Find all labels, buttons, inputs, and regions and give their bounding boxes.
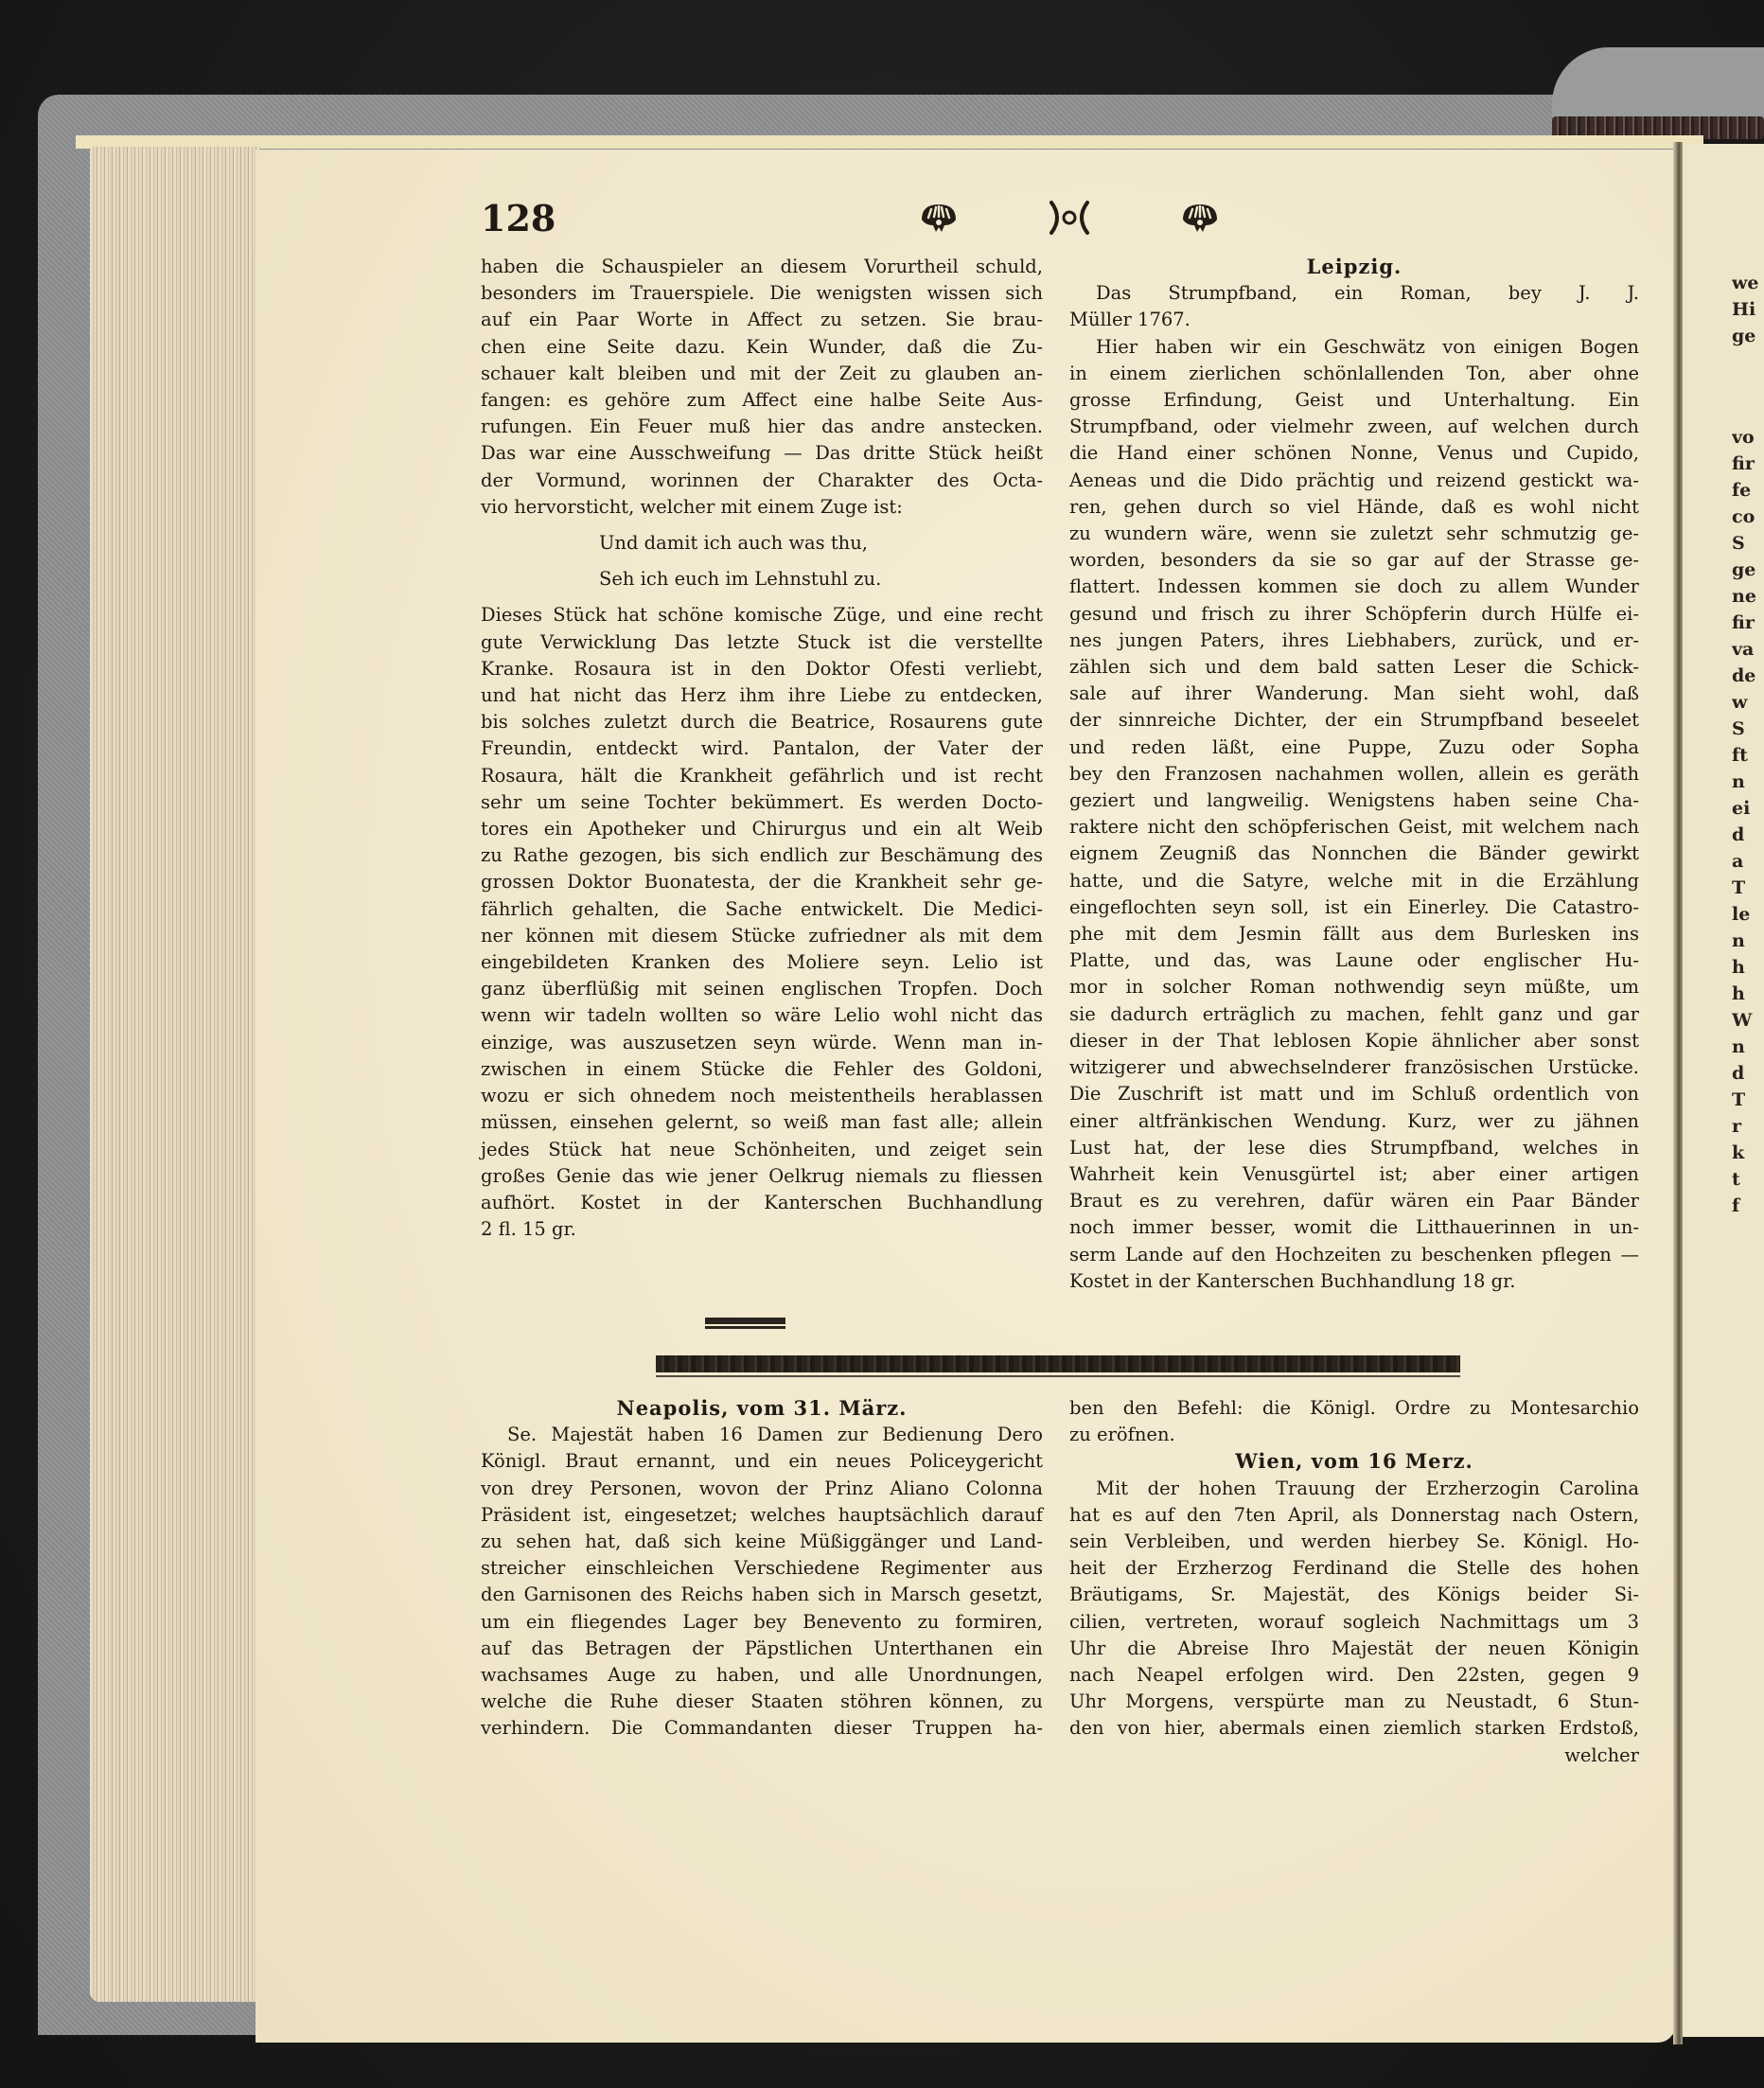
text-line: Strumpfband, oder vielmehr zween, auf we… — [1069, 414, 1639, 440]
endpaper-edge — [76, 135, 1703, 149]
fragment: T — [1732, 875, 1764, 901]
text-line: sehr um seine Tochter bekümmert. Es werd… — [481, 789, 1043, 816]
fragment: r — [1732, 1113, 1764, 1140]
text-line: chen eine Seite dazu. Kein Wunder, daß d… — [481, 334, 1043, 361]
text-line: zwischen in einem Stücke die Fehler des … — [481, 1056, 1043, 1083]
text-line: haben die Schauspieler an diesem Vorurth… — [481, 254, 1043, 280]
text-line: Rosaura, hält die Krankheit gefährlich u… — [481, 763, 1043, 789]
text-line: bey den Franzosen nachahmen wollen, alle… — [1069, 761, 1639, 787]
text-line: tores ein Apotheker und Chirurgus und ei… — [481, 816, 1043, 842]
section-heading-wien: Wien, vom 16 Merz. — [1069, 1448, 1639, 1475]
fragment: we — [1732, 270, 1764, 296]
fragment: d — [1732, 822, 1764, 848]
text-line: aufhört. Kostet in der Kanterschen Buchh… — [481, 1190, 1043, 1216]
review-column-top-right: Leipzig. Das Strumpfband, ein Roman, bey… — [1069, 254, 1639, 1295]
text-line: Mit der hohen Trauung der Erzherzogin Ca… — [1069, 1476, 1639, 1502]
text-line: mor in solcher Roman nothwendig seyn müß… — [1069, 974, 1639, 1000]
text-line: dieser in der That leblosen Kopie ähnlic… — [1069, 1028, 1639, 1054]
text-line: einer altfränkischen Wendung. Kurz, wer … — [1069, 1108, 1639, 1135]
text-line: gute Verwicklung Das letzte Stuck ist di… — [481, 629, 1043, 656]
fragment: ei — [1732, 795, 1764, 822]
text-line: ben den Befehl: die Königl. Ordre zu Mon… — [1069, 1395, 1639, 1422]
review-column-top-left: haben die Schauspieler an diesem Vorurth… — [481, 254, 1043, 1243]
text-line: eignem Zeugniß das Nonnchen die Bänder g… — [1069, 841, 1639, 867]
text-line: flattert. Indessen kommen sie doch zu al… — [1069, 574, 1639, 600]
text-line: Uhr die Abreise Ihro Majestät der neuen … — [1069, 1636, 1639, 1662]
fragment: fir — [1732, 610, 1764, 636]
section-heading-neapolis: Neapolis, vom 31. März. — [481, 1395, 1043, 1422]
text-line: Aeneas und die Dido prächtig und reizend… — [1069, 468, 1639, 494]
text-line: ganz überflüßig mit seinen englischen Tr… — [481, 976, 1043, 1002]
text-line: hatte, und die Satyre, welche mit in die… — [1069, 868, 1639, 894]
fragment: Hi — [1732, 296, 1764, 323]
text-line: auf ein Paar Worte in Affect zu setzen. … — [481, 307, 1043, 333]
text-line: den Garnisonen des Reichs haben sich in … — [481, 1582, 1043, 1608]
text-line: serm Lande auf den Hochzeiten zu beschen… — [1069, 1242, 1639, 1268]
text-line: und reden läßt, eine Puppe, Zuzu oder So… — [1069, 734, 1639, 761]
text-line: zu sehen hat, daß sich keine Müßiggänger… — [481, 1529, 1043, 1555]
text-line: bis solches zuletzt durch die Beatrice, … — [481, 709, 1043, 735]
text-line: streicher einschleichen Verschiedene Reg… — [481, 1555, 1043, 1582]
text-line: geziert und langweilig. Wenigstens haben… — [1069, 787, 1639, 814]
text-line: Lust hat, der lese dies Strumpfband, wel… — [1069, 1135, 1639, 1161]
text-line: hat es auf den 7ten April, als Donnersta… — [1069, 1502, 1639, 1529]
text-line: phe mit dem Jesmin fällt aus dem Burlesk… — [1069, 921, 1639, 947]
verse-line: Und damit ich auch was thu, — [481, 530, 1043, 557]
fragment: n — [1732, 1034, 1764, 1060]
price-line: Kostet in der Kanterschen Buchhandlung 1… — [1069, 1268, 1639, 1295]
text-line: Hier haben wir ein Geschwätz von einigen… — [1069, 334, 1639, 361]
fragment: n — [1732, 769, 1764, 795]
text-line: Königl. Braut ernannt, und ein neues Pol… — [481, 1448, 1043, 1475]
text-line: Dieses Stück hat schöne komische Züge, u… — [481, 602, 1043, 628]
fragment: fir — [1732, 451, 1764, 477]
text-line: Uhr Morgens, verspürte man zu Neustadt, … — [1069, 1689, 1639, 1715]
fragment: co — [1732, 504, 1764, 530]
text-line: welche die Ruhe dieser Staaten stöhren k… — [481, 1689, 1043, 1715]
fragment: ge — [1732, 323, 1764, 349]
text-line: der sinnreiche Dichter, der ein Strumpfb… — [1069, 707, 1639, 734]
text-line: gesund und frisch zu ihrer Schöpferin du… — [1069, 601, 1639, 628]
text-line: vio hervorsticht, welcher mit einem Zuge… — [481, 494, 1043, 521]
fragment: de — [1732, 663, 1764, 689]
fragment: vo — [1732, 424, 1764, 451]
shell-ornament-icon — [1179, 201, 1221, 235]
book-title-line: Das Strumpfband, ein Roman, bey J. J. — [1069, 280, 1639, 307]
text-line: den von hier, abermals einen ziemlich st… — [1069, 1715, 1639, 1742]
text-line: grosse Erfindung, Geist und Unterhaltung… — [1069, 387, 1639, 414]
fragment: a — [1732, 848, 1764, 875]
text-line: der Vormund, worinnen der Charakter des … — [481, 468, 1043, 494]
text-line: in einem zierlichen schönlallenden Ton, … — [1069, 361, 1639, 387]
text-line: von drey Personen, wovon der Prinz Alian… — [481, 1476, 1043, 1502]
fragment: f — [1732, 1193, 1764, 1219]
text-line: Die Zuschrift ist matt und im Schluß ord… — [1069, 1081, 1639, 1107]
text-line: jedes Stück hat neue Schönheiten, und ze… — [481, 1137, 1043, 1163]
text-line: worden, besonders da sie so gar auf der … — [1069, 547, 1639, 574]
text-line: eingebildeten Kranken des Moliere seyn. … — [481, 949, 1043, 976]
text-line: ren, gehen durch so viel Hände, daß es w… — [1069, 494, 1639, 521]
text-line: wozu er sich ohnedem noch meistentheils … — [481, 1083, 1043, 1109]
text-line: schauer kalt bleiben und mit der Zeit zu… — [481, 361, 1043, 387]
fragment: n — [1732, 928, 1764, 954]
text-line: besonders im Trauerspiele. Die wenigsten… — [481, 280, 1043, 307]
news-column-bottom-left: Neapolis, vom 31. März. Se. Majestät hab… — [481, 1395, 1043, 1743]
news-column-bottom-right: ben den Befehl: die Königl. Ordre zu Mon… — [1069, 1395, 1639, 1769]
text-line: nach Neapel erfolgen wird. Den 22sten, g… — [1069, 1662, 1639, 1689]
fragment: W — [1732, 1007, 1764, 1034]
text-line: müssen, einsehen gelernt, so weiß man fa… — [481, 1109, 1043, 1136]
book-title-line: Müller 1767. — [1069, 307, 1639, 333]
header-ornaments — [918, 194, 1221, 241]
text-line: Das war eine Ausschweifung — Das dritte … — [481, 440, 1043, 467]
text-line: cilien, vertreten, worauf sogleich Nachm… — [1069, 1609, 1639, 1636]
text-line: fährlich gehalten, die Sache entwickelt.… — [481, 896, 1043, 923]
text-line: eingeflochten seyn soll, ist ein Einerle… — [1069, 894, 1639, 921]
text-line: raktere nicht den schöpferischen Geist, … — [1069, 814, 1639, 841]
text-line: einzige, was auszusetzen seyn würde. Wen… — [481, 1030, 1043, 1056]
fragment: h — [1732, 954, 1764, 981]
fragment: ft — [1732, 742, 1764, 769]
fragment: w — [1732, 689, 1764, 716]
text-line: wachsames Auge zu haben, und alle Unordn… — [481, 1662, 1043, 1689]
fragment: S — [1732, 716, 1764, 742]
text-line: nes jungen Paters, ihres Liebhabers, zur… — [1069, 628, 1639, 654]
short-divider-rule — [705, 1318, 785, 1329]
text-line: Bräutigams, Sr. Majestät, des Königs bei… — [1069, 1582, 1639, 1608]
text-line: sein Verbleiben, und werden hierbey Se. … — [1069, 1529, 1639, 1555]
text-line: und hat nicht das Herz ihm ihre Liebe zu… — [481, 682, 1043, 709]
facing-page-fragment-top: we Hi ge — [1732, 270, 1764, 349]
text-line: Kranke. Rosaura ist in den Doktor Ofesti… — [481, 656, 1043, 682]
verse-line: Seh ich euch im Lehnstuhl zu. — [481, 566, 1043, 593]
text-line: Se. Majestät haben 16 Damen zur Bedienun… — [481, 1422, 1043, 1448]
text-line: sie dadurch erträglich zu machen, fehlt … — [1069, 1001, 1639, 1028]
catchword: welcher — [1069, 1743, 1639, 1769]
page-number: 128 — [481, 197, 556, 239]
text-line: ner können mit diesem Stücke zufriedner … — [481, 923, 1043, 949]
fragment: ge — [1732, 557, 1764, 583]
text-line: um ein fliegendes Lager bey Benevento zu… — [481, 1609, 1043, 1636]
section-divider-rule — [656, 1355, 1460, 1372]
fragment: le — [1732, 901, 1764, 928]
fragment: k — [1732, 1140, 1764, 1166]
fragment: h — [1732, 981, 1764, 1007]
section-heading-leipzig: Leipzig. — [1069, 254, 1639, 280]
moon-ornament-icon — [1046, 199, 1093, 237]
text-line: zählen sich und dem bald satten Leser di… — [1069, 654, 1639, 681]
text-line: witzigerer und abwechselnderer französis… — [1069, 1054, 1639, 1081]
text-line: Freundin, entdeckt wird. Pantalon, der V… — [481, 735, 1043, 762]
text-line: sale auf ihrer Wanderung. Man sieht wohl… — [1069, 681, 1639, 707]
text-line: Wahrheit kein Venusgürtel ist; aber eine… — [1069, 1161, 1639, 1188]
shell-ornament-icon — [918, 201, 960, 235]
text-line: verhindern. Die Commandanten dieser Trup… — [481, 1715, 1043, 1742]
fragment: va — [1732, 636, 1764, 663]
text-line: rufungen. Ein Feuer muß hier das andre a… — [481, 414, 1043, 440]
text-line: Präsident ist, eingesetzet; welches haup… — [481, 1502, 1043, 1529]
text-line: heit der Erzherzog Ferdinand die Stelle … — [1069, 1555, 1639, 1582]
fragment: ne — [1732, 583, 1764, 610]
text-line: zu eröfnen. — [1069, 1422, 1639, 1448]
text-line: die Hand einer schönen Nonne, Venus und … — [1069, 440, 1639, 467]
text-line: wenn wir tadeln wollten so wäre Lelio wo… — [481, 1002, 1043, 1029]
fragment: t — [1732, 1166, 1764, 1193]
fragment: T — [1732, 1087, 1764, 1113]
text-line: Braut es zu verehren, dafür wären ein Pa… — [1069, 1188, 1639, 1214]
facing-cover — [1552, 47, 1764, 123]
text-line: grossen Doktor Buonatesta, der die Krank… — [481, 869, 1043, 895]
text-line: zu wundern wäre, wenn sie zuletzt sehr s… — [1069, 521, 1639, 547]
text-line: Platte, und das, was Laune oder englisch… — [1069, 947, 1639, 974]
text-line: noch immer besser, womit die Litthauerin… — [1069, 1214, 1639, 1241]
fragment: S — [1732, 530, 1764, 557]
text-line: zu Rathe gezogen, bis sich endlich zur B… — [481, 842, 1043, 869]
price-line: 2 fl. 15 gr. — [481, 1216, 1043, 1243]
fragment: d — [1732, 1060, 1764, 1087]
page-stack-edge — [90, 147, 260, 2002]
text-line: auf das Betragen der Päpstlichen Unterth… — [481, 1636, 1043, 1662]
text-line: fangen: es gehöre zum Affect eine halbe … — [481, 387, 1043, 414]
facing-page-fragment-middle: vo fir fe co S ge ne fir va de w S ft n … — [1732, 424, 1764, 1219]
fragment: fe — [1732, 477, 1764, 504]
book-gutter — [1673, 142, 1683, 2044]
text-line: großes Genie das wie jener Oelkrug niema… — [481, 1163, 1043, 1190]
